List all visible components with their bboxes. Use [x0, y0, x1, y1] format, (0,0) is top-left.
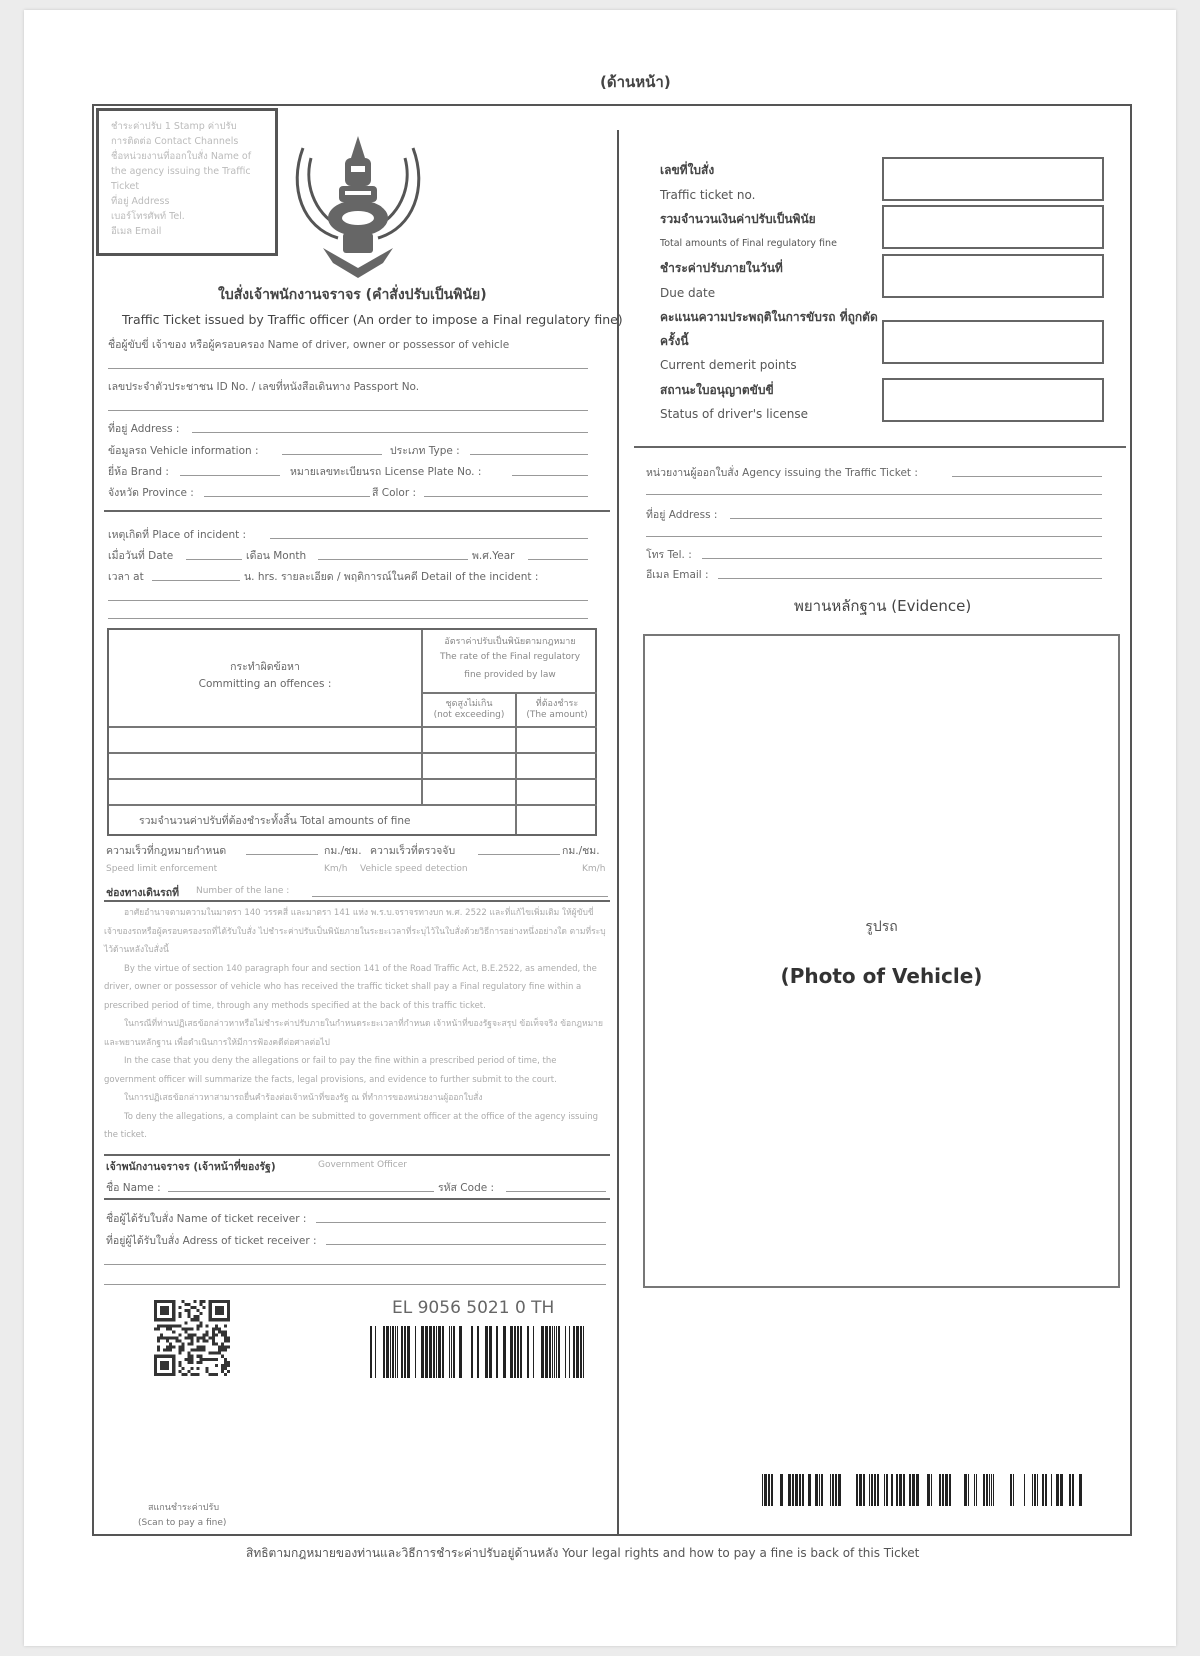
barcode-icon [370, 1326, 584, 1378]
license-status-field[interactable] [882, 378, 1104, 422]
vehicle-info-label: ข้อมูลรถ Vehicle information : [108, 442, 259, 459]
demerit-label-th: คะแนนความประพฤติในการขับรถ ที่ถูกตัดครั้… [660, 305, 880, 353]
demerit-points-field[interactable] [882, 320, 1104, 364]
stamp-contact-box: ชำระค่าปรับ 1 Stamp ค่าปรับ การติดต่อ Co… [96, 108, 278, 256]
speed-detected-en: Vehicle speed detection [360, 864, 468, 874]
tracking-number: EL 9056 5021 0 TH [392, 1298, 554, 1318]
scan-label-th: สแกนชำระค่าปรับ [148, 1500, 219, 1514]
total-fine-field[interactable] [882, 205, 1104, 249]
agency-label: หน่วยงานผู้ออกใบสั่ง Agency issuing the … [646, 464, 918, 481]
ticket-no-label-th: เลขที่ใบสั่ง [660, 158, 880, 183]
agency-address-label: ที่อยู่ Address : [646, 506, 717, 523]
receiver-address-field[interactable] [326, 1244, 606, 1245]
amount-col-th: ที่ต้องชำระ [517, 696, 597, 710]
total-fine-label-en: Total amounts of Final regulatory fine [660, 232, 880, 257]
stamp-line: อีเมล Email [111, 224, 263, 239]
rate-header-en2: fine provided by law [423, 670, 597, 680]
stamp-line: ชื่อหน่วยงานที่ออกใบสั่ง Name of [111, 149, 263, 164]
stamp-line: ชำระค่าปรับ 1 Stamp ค่าปรับ [111, 119, 263, 134]
agency-field[interactable] [952, 476, 1102, 477]
receiver-name-field[interactable] [316, 1222, 606, 1223]
speed-detected-th: ความเร็วที่ตรวจจับ [370, 842, 455, 859]
due-date-label-en: Due date [660, 281, 880, 306]
ticket-no-field[interactable] [882, 157, 1104, 201]
agency-tel-field[interactable] [702, 558, 1102, 559]
ticket-info-labels: เลขที่ใบสั่ง Traffic ticket no. รวมจำนวน… [660, 158, 880, 427]
evidence-title: พยานหลักฐาน (Evidence) [794, 594, 971, 618]
lane-field[interactable] [312, 896, 608, 897]
offence-col-en: Committing an offences : [109, 678, 421, 690]
agency-address-field[interactable] [730, 518, 1102, 519]
photo-label-en: (Photo of Vehicle) [645, 964, 1118, 988]
total-fine-label-th: รวมจำนวนเงินค่าปรับเป็นพินัย [660, 207, 880, 232]
officer-code-label: รหัส Code : [438, 1179, 494, 1196]
ticket-title-th: ใบสั่งเจ้าพนักงานจราจร (คำสั่งปรับเป็นพิ… [218, 284, 487, 306]
qr-code-icon[interactable] [154, 1300, 230, 1376]
max-col-th: ชุดสูงไม่เกิน [423, 696, 515, 710]
month-label: เดือน Month [246, 547, 306, 564]
color-label: สี Color : [372, 484, 416, 501]
officer-code-field[interactable] [506, 1191, 606, 1192]
receiver-address-line-3[interactable] [104, 1284, 606, 1285]
brand-field[interactable] [180, 475, 280, 476]
vehicle-type-field[interactable] [470, 454, 588, 455]
receiver-address-line-2[interactable] [104, 1264, 606, 1265]
color-field[interactable] [424, 496, 588, 497]
year-field[interactable] [528, 559, 588, 560]
license-status-label-en: Status of driver's license [660, 402, 880, 427]
stamp-line: เบอร์โทรศัพท์ Tel. [111, 209, 263, 224]
agency-field-line-2[interactable] [646, 494, 1102, 495]
time-field[interactable] [152, 580, 240, 581]
max-col-en: (not exceeding) [423, 710, 515, 720]
detail-field-line-2[interactable] [108, 618, 588, 619]
detail-field-line-1[interactable] [108, 600, 588, 601]
month-field[interactable] [318, 559, 468, 560]
footer-legal-note: สิทธิตามกฎหมายของท่านและวิธีการชำระค่าปร… [246, 1544, 919, 1563]
scan-label-en: (Scan to pay a fine) [138, 1518, 226, 1528]
speed-limit-field[interactable] [246, 854, 318, 855]
stamp-line: ที่อยู่ Address [111, 194, 263, 209]
speed-limit-th: ความเร็วที่กฎหมายกำหนด [106, 842, 226, 859]
offence-table: กระทำผิดข้อหา Committing an offences : อ… [107, 628, 597, 836]
legal-notice: อาศัยอำนาจตามความในมาตรา 140 วรรคสี่ และ… [104, 904, 608, 1145]
date-field[interactable] [186, 559, 242, 560]
officer-title-th: เจ้าพนักงานจราจร (เจ้าหน้าที่ของรัฐ) [106, 1158, 276, 1175]
officer-title-en: Government Officer [318, 1160, 407, 1170]
garuda-emblem-icon [283, 128, 433, 280]
license-status-label-th: สถานะใบอนุญาตขับขี่ [660, 378, 880, 403]
province-field[interactable] [204, 496, 370, 497]
id-passport-field[interactable] [108, 410, 588, 411]
vehicle-photo-placeholder[interactable]: รูปรถ (Photo of Vehicle) [643, 634, 1120, 1288]
ticket-title-en: Traffic Ticket issued by Traffic officer… [122, 312, 623, 327]
lane-label-th: ช่องทางเดินรถที่ [106, 884, 179, 901]
id-passport-label: เลขประจำตัวประชาชน ID No. / เลขที่หนังสื… [108, 378, 419, 395]
offence-col-th: กระทำผิดข้อหา [109, 658, 421, 675]
section-divider [634, 446, 1126, 448]
section-divider [104, 1198, 610, 1200]
legal-paragraph: By the virtue of section 140 paragraph f… [104, 960, 608, 1016]
section-divider [104, 1154, 610, 1156]
place-field[interactable] [270, 538, 588, 539]
detail-label: รายละเอียด / พฤติการณ์ในคดี Detail of th… [281, 571, 538, 583]
speed-unit-th-2: กม./ชม. [562, 842, 600, 859]
legal-paragraph: อาศัยอำนาจตามความในมาตรา 140 วรรคสี่ และ… [104, 904, 608, 960]
address-label: ที่อยู่ Address : [108, 420, 179, 437]
receiver-name-label: ชื่อผู้ได้รับใบสั่ง Name of ticket recei… [106, 1210, 306, 1227]
ticket-no-label-en: Traffic ticket no. [660, 183, 880, 208]
speed-detected-field[interactable] [478, 854, 560, 855]
officer-name-label: ชื่อ Name : [106, 1179, 161, 1196]
place-label: เหตุเกิดที่ Place of incident : [108, 526, 246, 543]
page-side-label: (ด้านหน้า) [600, 70, 671, 94]
due-date-label-th: ชำระค่าปรับภายในวันที่ [660, 256, 880, 281]
photo-label-th: รูปรถ [645, 916, 1118, 938]
legal-paragraph: To deny the allegations, a complaint can… [104, 1108, 608, 1145]
date-label: เมื่อวันที่ Date [108, 547, 173, 564]
officer-name-field[interactable] [168, 1191, 434, 1192]
rate-header-th: อัตราค่าปรับเป็นพินัยตามกฎหมาย [423, 634, 597, 648]
speed-limit-en: Speed limit enforcement [106, 864, 217, 874]
time-label: เวลา at [108, 568, 144, 585]
legal-paragraph: ในการปฏิเสธข้อกล่าวหาสามารถยื่นคำร้องต่อ… [104, 1089, 608, 1108]
province-label: จังหวัด Province : [108, 484, 194, 501]
column-divider [617, 130, 619, 1534]
lane-label-en: Number of the lane : [196, 886, 289, 896]
agency-email-label: อีเมล Email : [646, 566, 709, 583]
stamp-line: การติดต่อ Contact Channels [111, 134, 263, 149]
hrs-label: น. hrs. [244, 571, 278, 583]
demerit-label-en: Current demerit points [660, 353, 880, 378]
total-fine-label: รวมจำนวนค่าปรับที่ต้องชำระทั้งสิ้น Total… [139, 812, 410, 829]
address-field[interactable] [192, 432, 588, 433]
driver-name-label: ชื่อผู้ขับขี่ เจ้าของ หรือผู้ครอบครอง Na… [108, 336, 509, 353]
legal-paragraph: In the case that you deny the allegation… [104, 1052, 608, 1089]
speed-unit-en-2: Km/h [582, 864, 605, 874]
speed-unit-th: กม./ชม. [324, 842, 362, 859]
plate-label: หมายเลขทะเบียนรถ License Plate No. : [290, 463, 481, 480]
amount-col-en: (The amount) [517, 710, 597, 720]
stamp-line: Ticket [111, 179, 263, 194]
receiver-address-label: ที่อยู่ผู้ได้รับใบสั่ง Adress of ticket … [106, 1232, 317, 1249]
agency-email-field[interactable] [718, 578, 1102, 579]
section-divider [104, 900, 610, 902]
driver-name-field[interactable] [108, 368, 588, 369]
section-divider [104, 510, 610, 512]
distorted-barcode-icon [762, 1474, 1082, 1506]
rate-header-en1: The rate of the Final regulatory [423, 652, 597, 662]
agency-tel-label: โทร Tel. : [646, 546, 692, 563]
vehicle-info-field[interactable] [282, 454, 382, 455]
year-label: พ.ศ.Year [472, 547, 515, 564]
brand-label: ยี่ห้อ Brand : [108, 463, 169, 480]
legal-paragraph: ในกรณีที่ท่านปฏิเสธข้อกล่าวหาหรือไม่ชำระ… [104, 1015, 608, 1052]
speed-unit-en: Km/h [324, 864, 347, 874]
agency-address-line-2[interactable] [646, 536, 1102, 537]
stamp-line: the agency issuing the Traffic [111, 164, 263, 179]
due-date-field[interactable] [882, 254, 1104, 298]
plate-field[interactable] [512, 475, 588, 476]
incident-detail-label: น. hrs. รายละเอียด / พฤติการณ์ในคดี Deta… [244, 568, 538, 585]
vehicle-type-label: ประเภท Type : [390, 442, 460, 459]
